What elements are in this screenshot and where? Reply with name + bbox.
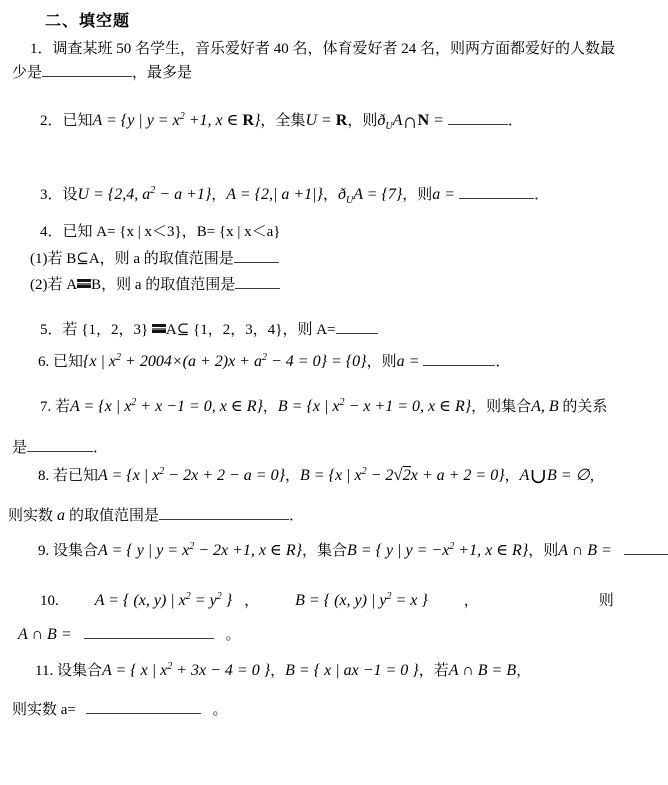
math-run: + 2004×(a + 2)x + a [121,353,262,370]
math-run: A, B [531,398,559,415]
text-run: 4．已知 A= {x | x＜3}，B= {x | x＜a} [40,224,280,240]
text-run: ． [495,354,510,370]
math-run: } [222,592,232,609]
math-run: A = {7} [353,186,402,203]
text-run: ． [508,113,523,129]
text-run: ，则集合 [471,399,531,415]
blank-underline [42,63,132,77]
q8-line-1: 8. 若已知A = {x | x2 − 2x + 2 − a = 0}，B = … [38,464,605,489]
math-run: +1, x ∈ R} [454,542,528,559]
math-run: A ∩ B = [18,626,76,643]
text-run: 1．调查某班 50 名学生，音乐爱好者 40 名，体育爱好者 24 名，则两方面… [30,41,615,57]
text-run: ， [505,468,520,484]
text-run: ，则 [367,354,397,370]
superscript: 2 [167,661,172,672]
q4-line-1: 4．已知 A= {x | x＜3}，B= {x | x＜a} [40,221,280,243]
superscript: 2 [362,466,367,477]
math-run: U = {2,4, a [78,186,151,203]
math-run: x + a + 2 = 0} [411,467,505,484]
superscript: 2 [449,541,454,552]
text-run: ， [323,187,338,203]
math-run: = x } [391,592,427,609]
q7-line-2: 是． [12,437,108,459]
math-run: A ∩ B = B [449,662,516,679]
superscript: 2 [340,397,345,408]
text-run: ， [211,187,226,203]
math-run: − 4 = 0} = {0} [267,353,367,370]
radical-sign: √ [393,465,402,484]
text-run: ，最多是 [132,65,192,81]
math-run: A = {y | y = x [93,112,180,129]
text-run: ， [464,593,479,609]
blank-underline [27,438,93,452]
superscript: 2 [189,541,194,552]
subscript: U [346,195,353,206]
text-run: ， [516,663,531,679]
blank-underline [423,352,495,366]
blank-underline [448,111,508,125]
math-run: A = { x | x [102,662,167,679]
big-operator: ∩ [402,109,417,133]
text-run: 的取值范围是 [69,508,159,524]
math-run: a [53,507,69,524]
text-run: ，则 [528,543,558,559]
text-run: ， [270,663,285,679]
blank-underline [459,185,534,199]
q5-line-1: 5．若 {1，2，3} A⊆ {1，2，3，4}，则 A= [40,319,378,341]
blank-underline [234,249,279,263]
corrupt-glyph [152,324,166,333]
math-run: a = [432,186,459,203]
text-run: 则 [599,593,614,609]
text-run: 8. 若已知 [38,468,98,484]
big-operator: ∪ [529,464,547,488]
text-run: ． [534,187,549,203]
math-run: − 2x +1, x ∈ R} [194,542,302,559]
q10-line-1: 10.A = { (x, y) | x2 = y2 }，B = { (x, y)… [40,590,614,614]
text-run: ，则 [347,113,377,129]
math-run: + x −1 = 0, x ∈ R} [136,398,263,415]
text-run: ． [93,440,108,456]
math-run: A = {x | x [70,398,131,415]
text-run: ，则 [402,187,432,203]
bold-set-symbol: N [418,112,430,129]
math-run: A ∩ B = [558,542,616,559]
text-run: 是 [12,440,27,456]
q9-line-1: 9. 设集合A = { y | y = x2 − 2x +1, x ∈ R}，集… [38,540,668,564]
math-run: A [393,112,403,129]
text-run: 的关系 [559,399,608,415]
text-run: (1)若 B⊆A，则 a 的取值范围是 [30,251,234,267]
superscript: 2 [217,591,222,602]
math-run: − 2x + 2 − a = 0} [164,467,285,484]
q4-line-3: (2)若 AB，则 a 的取值范围是 [30,274,280,296]
radicand: 2 [403,466,411,484]
text-run: 3．设 [40,187,78,203]
q7-line-1: 7. 若A = {x | x2 + x −1 = 0, x ∈ R}，B = {… [40,396,607,420]
text-run: 。 [213,702,228,718]
math-run: A = { (x, y) | x [95,592,186,609]
superscript: 2 [116,352,121,363]
text-run: (2)若 A [30,277,77,293]
q3-line-1: 3．设U = {2,4, a2 − a +1}，A = {2,| a +1|}，… [40,184,549,208]
text-run: ． [289,508,304,524]
math-run: B = { y | y = −x [347,542,449,559]
q4-line-2: (1)若 B⊆A，则 a 的取值范围是 [30,248,279,270]
bold-set-symbol: R [242,112,254,129]
text-run: ， [285,468,300,484]
superscript: 2 [150,185,155,196]
sqrt-expression: √2 [393,467,410,484]
q8-line-2: 则实数 a 的取值范围是． [8,505,304,527]
text-run: ， [244,593,259,609]
text-run: 少是 [12,65,42,81]
q10-line-2: A ∩ B = 。 [18,624,241,646]
superscript: 2 [386,591,391,602]
worksheet-page: 二、填空题 1．调查某班 50 名学生，音乐爱好者 40 名，体育爱好者 24 … [0,0,668,785]
blank-underline [84,625,214,639]
text-run: A⊆ {1，2，3，4}，则 A= [166,322,336,338]
blank-underline [336,320,378,334]
text-run: 。 [226,627,241,643]
math-run: B = ∅ [547,467,590,484]
math-run: A = {x | x [98,467,159,484]
q11-line-1: 11. 设集合A = { x | x2 + 3x − 4 = 0 }，B = {… [35,660,531,684]
q6-line-1: 6. 已知{x | x2 + 2004×(a + 2)x + a2 − 4 = … [38,351,510,375]
math-run: A = {2,| a +1|} [226,186,323,203]
math-run: B = { x | ax −1 = 0 } [285,662,419,679]
text-run: 7. 若 [40,399,70,415]
math-run: A [520,467,530,484]
blank-underline [86,700,201,714]
blank-underline [159,506,289,520]
math-run: A = { y | y = x [98,542,189,559]
superscript: 2 [159,466,164,477]
superscript: 2 [262,352,267,363]
text-run: 9. 设集合 [38,543,98,559]
text-run: ，全集 [260,113,305,129]
text-run: 则实数 [8,508,53,524]
text-run: 则实数 a= [12,702,80,718]
q1-line-2: 少是，最多是 [12,62,192,84]
math-run: + 3x − 4 = 0 } [172,662,270,679]
text-run: 6. 已知 [38,354,83,370]
q2-line-1: 2．已知A = {y | y = x2 +1, x ∈ R}，全集U = R，则… [40,110,523,134]
math-run: − a +1} [155,186,211,203]
math-run: − 2 [367,467,394,484]
subscript: U [385,121,392,132]
superscript: 2 [131,397,136,408]
math-run: +1, x ∈ [185,112,243,129]
text-run: 2．已知 [40,113,93,129]
q1-line-1: 1．调查某班 50 名学生，音乐爱好者 40 名，体育爱好者 24 名，则两方面… [30,38,615,60]
section-title: 二、填空题 [45,8,130,31]
math-run: B = {x | x [278,398,340,415]
text-run: B，则 a 的取值范围是 [91,277,235,293]
text-run: ， [590,468,605,484]
math-run: U = [305,112,335,129]
text-run: 10. [40,593,59,609]
superscript: 2 [186,591,191,602]
blank-underline [235,275,280,289]
math-run: ð [338,186,346,203]
blank-underline [624,541,668,555]
math-run: = [429,112,448,129]
superscript: 2 [180,111,185,122]
math-run: B = { (x, y) | y [295,592,386,609]
math-run: − x +1 = 0, x ∈ R} [345,398,472,415]
text-run: ，若 [419,663,449,679]
text-run: 11. 设集合 [35,663,102,679]
corrupt-glyph [77,279,91,288]
math-run: a = [397,353,424,370]
math-run: B = {x | x [300,467,362,484]
q11-line-2: 则实数 a= 。 [12,699,228,721]
text-run: ，集合 [302,543,347,559]
text-run: ， [263,399,278,415]
text-run: 5．若 {1，2，3} [40,322,152,338]
math-run: {x | x [83,353,116,370]
math-run: = y [191,592,217,609]
bold-set-symbol: R [336,112,348,129]
